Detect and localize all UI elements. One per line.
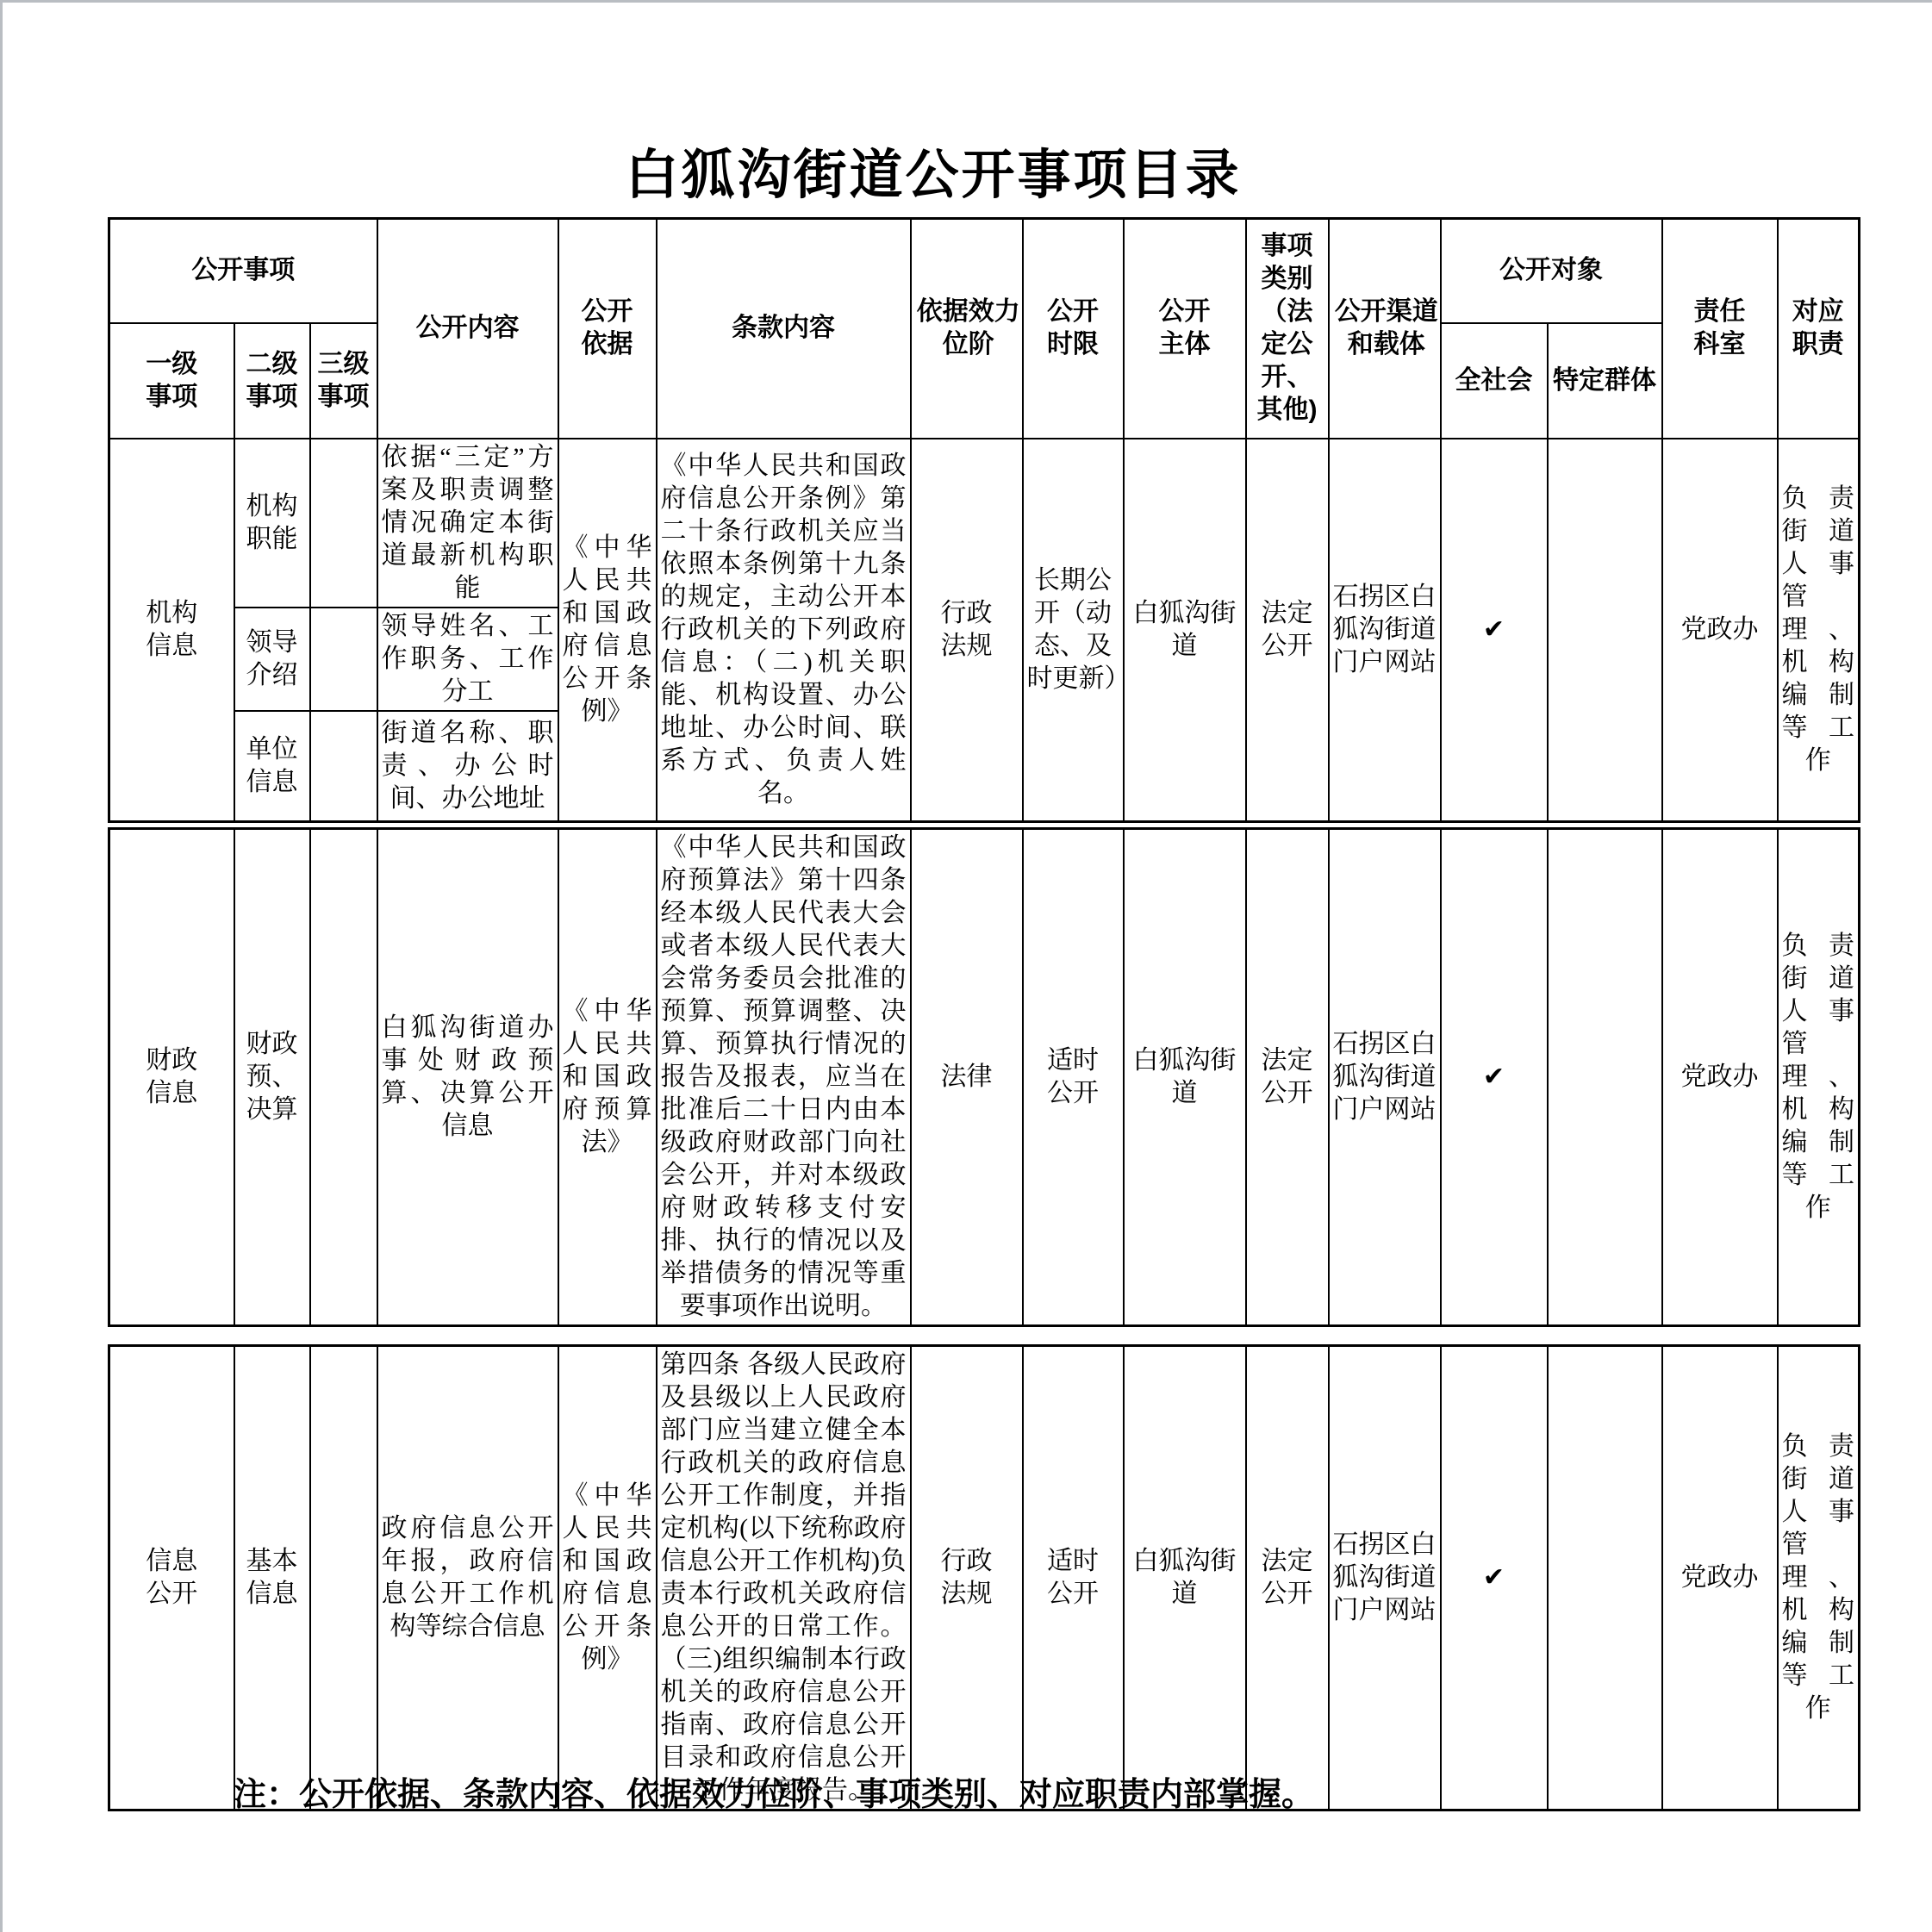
header-channel: 公开渠道和载体	[1329, 219, 1441, 439]
footnote: 注：公开依据、条款内容、依据效力位阶、事项类别、对应职责内部掌握。	[234, 1767, 1314, 1815]
cell-specific-group	[1548, 829, 1662, 1326]
header-duty: 对应职责	[1778, 219, 1860, 439]
cell-level2: 领导介绍	[234, 608, 310, 711]
cell-subject: 白狐沟街道	[1124, 1346, 1246, 1810]
header-content: 公开内容	[377, 219, 558, 439]
cell-level1: 财政信息	[109, 829, 234, 1326]
cell-level1: 信息公开	[109, 1346, 234, 1810]
checkmark-whole-society: ✔	[1441, 1346, 1548, 1810]
cell-time-limit: 适时公开	[1023, 829, 1124, 1326]
cell-basis: 《中华人民共和国政府预算法》	[558, 829, 657, 1326]
document-page: 白狐沟街道公开事项目录 公开事项 公开内容 公开依据 条款内容 依据效力位阶 公…	[0, 0, 1932, 1932]
header-specific-group: 特定群体	[1548, 323, 1662, 439]
cell-category: 法定公开	[1246, 439, 1329, 822]
cell-duty: 负责街道人事管理、机构编制等工作	[1778, 829, 1860, 1326]
cell-duty: 负责街道人事管理、机构编制等工作	[1778, 439, 1860, 822]
table-finance-info: 财政信息 财政预、决算 白狐沟街道办事处财政预算、决算公开信息 《中华人民共和国…	[108, 827, 1860, 1327]
header-public-matters: 公开事项	[109, 219, 377, 323]
page-title: 白狐沟街道公开事项目录	[3, 132, 1864, 209]
cell-clause: 《中华人民共和国政府信息公开条例》第二十条行政机关应当依照本条例第十九条的规定，…	[657, 439, 911, 822]
cell-content: 白狐沟街道办事处财政预算、决算公开信息	[377, 829, 558, 1326]
cell-category: 法定公开	[1246, 829, 1329, 1326]
header-department: 责任科室	[1662, 219, 1778, 439]
cell-specific-group	[1548, 439, 1662, 822]
header-level2: 二级事项	[234, 323, 310, 439]
cell-content: 依据“三定”方案及职责调整情况确定本街道最新机构职能	[377, 439, 558, 608]
table-row: 财政信息 财政预、决算 白狐沟街道办事处财政预算、决算公开信息 《中华人民共和国…	[109, 829, 1860, 1326]
cell-level3	[310, 829, 377, 1326]
cell-department: 党政办	[1662, 1346, 1778, 1810]
cell-level3	[310, 711, 377, 822]
cell-effect: 法律	[911, 829, 1023, 1326]
checkmark-whole-society: ✔	[1441, 829, 1548, 1326]
checkmark-whole-society: ✔	[1441, 439, 1548, 822]
cell-clause: 第四条 各级人民政府及县级以上人民政府部门应当建立健全本行政机关的政府信息公开工…	[657, 1346, 911, 1810]
table-institution-info: 公开事项 公开内容 公开依据 条款内容 依据效力位阶 公开时限 公开主体 事项类…	[108, 217, 1860, 823]
cell-level2: 单位信息	[234, 711, 310, 822]
cell-content: 街道名称、职责、办公时间、办公地址	[377, 711, 558, 822]
cell-subject: 白狐沟街道	[1124, 829, 1246, 1326]
cell-category: 法定公开	[1246, 1346, 1329, 1810]
header-time-limit: 公开时限	[1023, 219, 1124, 439]
cell-basis: 《中华人民共和国政府信息公开条例》	[558, 439, 657, 822]
cell-content: 政府信息公开年报，政府信息公开工作机构等综合信息	[377, 1346, 558, 1810]
cell-level2: 基本信息	[234, 1346, 310, 1810]
cell-channel: 石拐区白狐沟街道门户网站	[1329, 1346, 1441, 1810]
cell-effect: 行政法规	[911, 1346, 1023, 1810]
cell-level2: 机构职能	[234, 439, 310, 608]
cell-time-limit: 适时公开	[1023, 1346, 1124, 1810]
cell-level3	[310, 1346, 377, 1810]
cell-channel: 石拐区白狐沟街道门户网站	[1329, 829, 1441, 1326]
cell-specific-group	[1548, 1346, 1662, 1810]
table-row: 机构信息 机构职能 依据“三定”方案及职责调整情况确定本街道最新机构职能 《中华…	[109, 439, 1860, 608]
cell-duty: 负责街道人事管理、机构编制等工作	[1778, 1346, 1860, 1810]
cell-department: 党政办	[1662, 439, 1778, 822]
table-row: 信息公开 基本信息 政府信息公开年报，政府信息公开工作机构等综合信息 《中华人民…	[109, 1346, 1860, 1810]
header-level1: 一级事项	[109, 323, 234, 439]
header-target: 公开对象	[1441, 219, 1662, 323]
cell-effect: 行政法规	[911, 439, 1023, 822]
table-information-disclosure: 信息公开 基本信息 政府信息公开年报，政府信息公开工作机构等综合信息 《中华人民…	[108, 1344, 1860, 1811]
header-level3: 三级事项	[310, 323, 377, 439]
cell-level3	[310, 608, 377, 711]
header-clause: 条款内容	[657, 219, 911, 439]
cell-content: 领导姓名、工作职务、工作分工	[377, 608, 558, 711]
cell-time-limit: 长期公开（动态、及时更新）	[1023, 439, 1124, 822]
cell-level2: 财政预、决算	[234, 829, 310, 1326]
cell-clause: 《中华人民共和国政府预算法》第十四条 经本级人民代表大会或者本级人民代表大会常务…	[657, 829, 911, 1326]
header-category: 事项类别（法定公开、其他)	[1246, 219, 1329, 439]
cell-level3	[310, 439, 377, 608]
cell-subject: 白狐沟街道	[1124, 439, 1246, 822]
cell-level1: 机构信息	[109, 439, 234, 822]
cell-department: 党政办	[1662, 829, 1778, 1326]
header-subject: 公开主体	[1124, 219, 1246, 439]
header-effect: 依据效力位阶	[911, 219, 1023, 439]
header-whole-society: 全社会	[1441, 323, 1548, 439]
header-basis: 公开依据	[558, 219, 657, 439]
cell-basis: 《中华人民共和国政府信息公开条例》	[558, 1346, 657, 1810]
cell-channel: 石拐区白狐沟街道门户网站	[1329, 439, 1441, 822]
